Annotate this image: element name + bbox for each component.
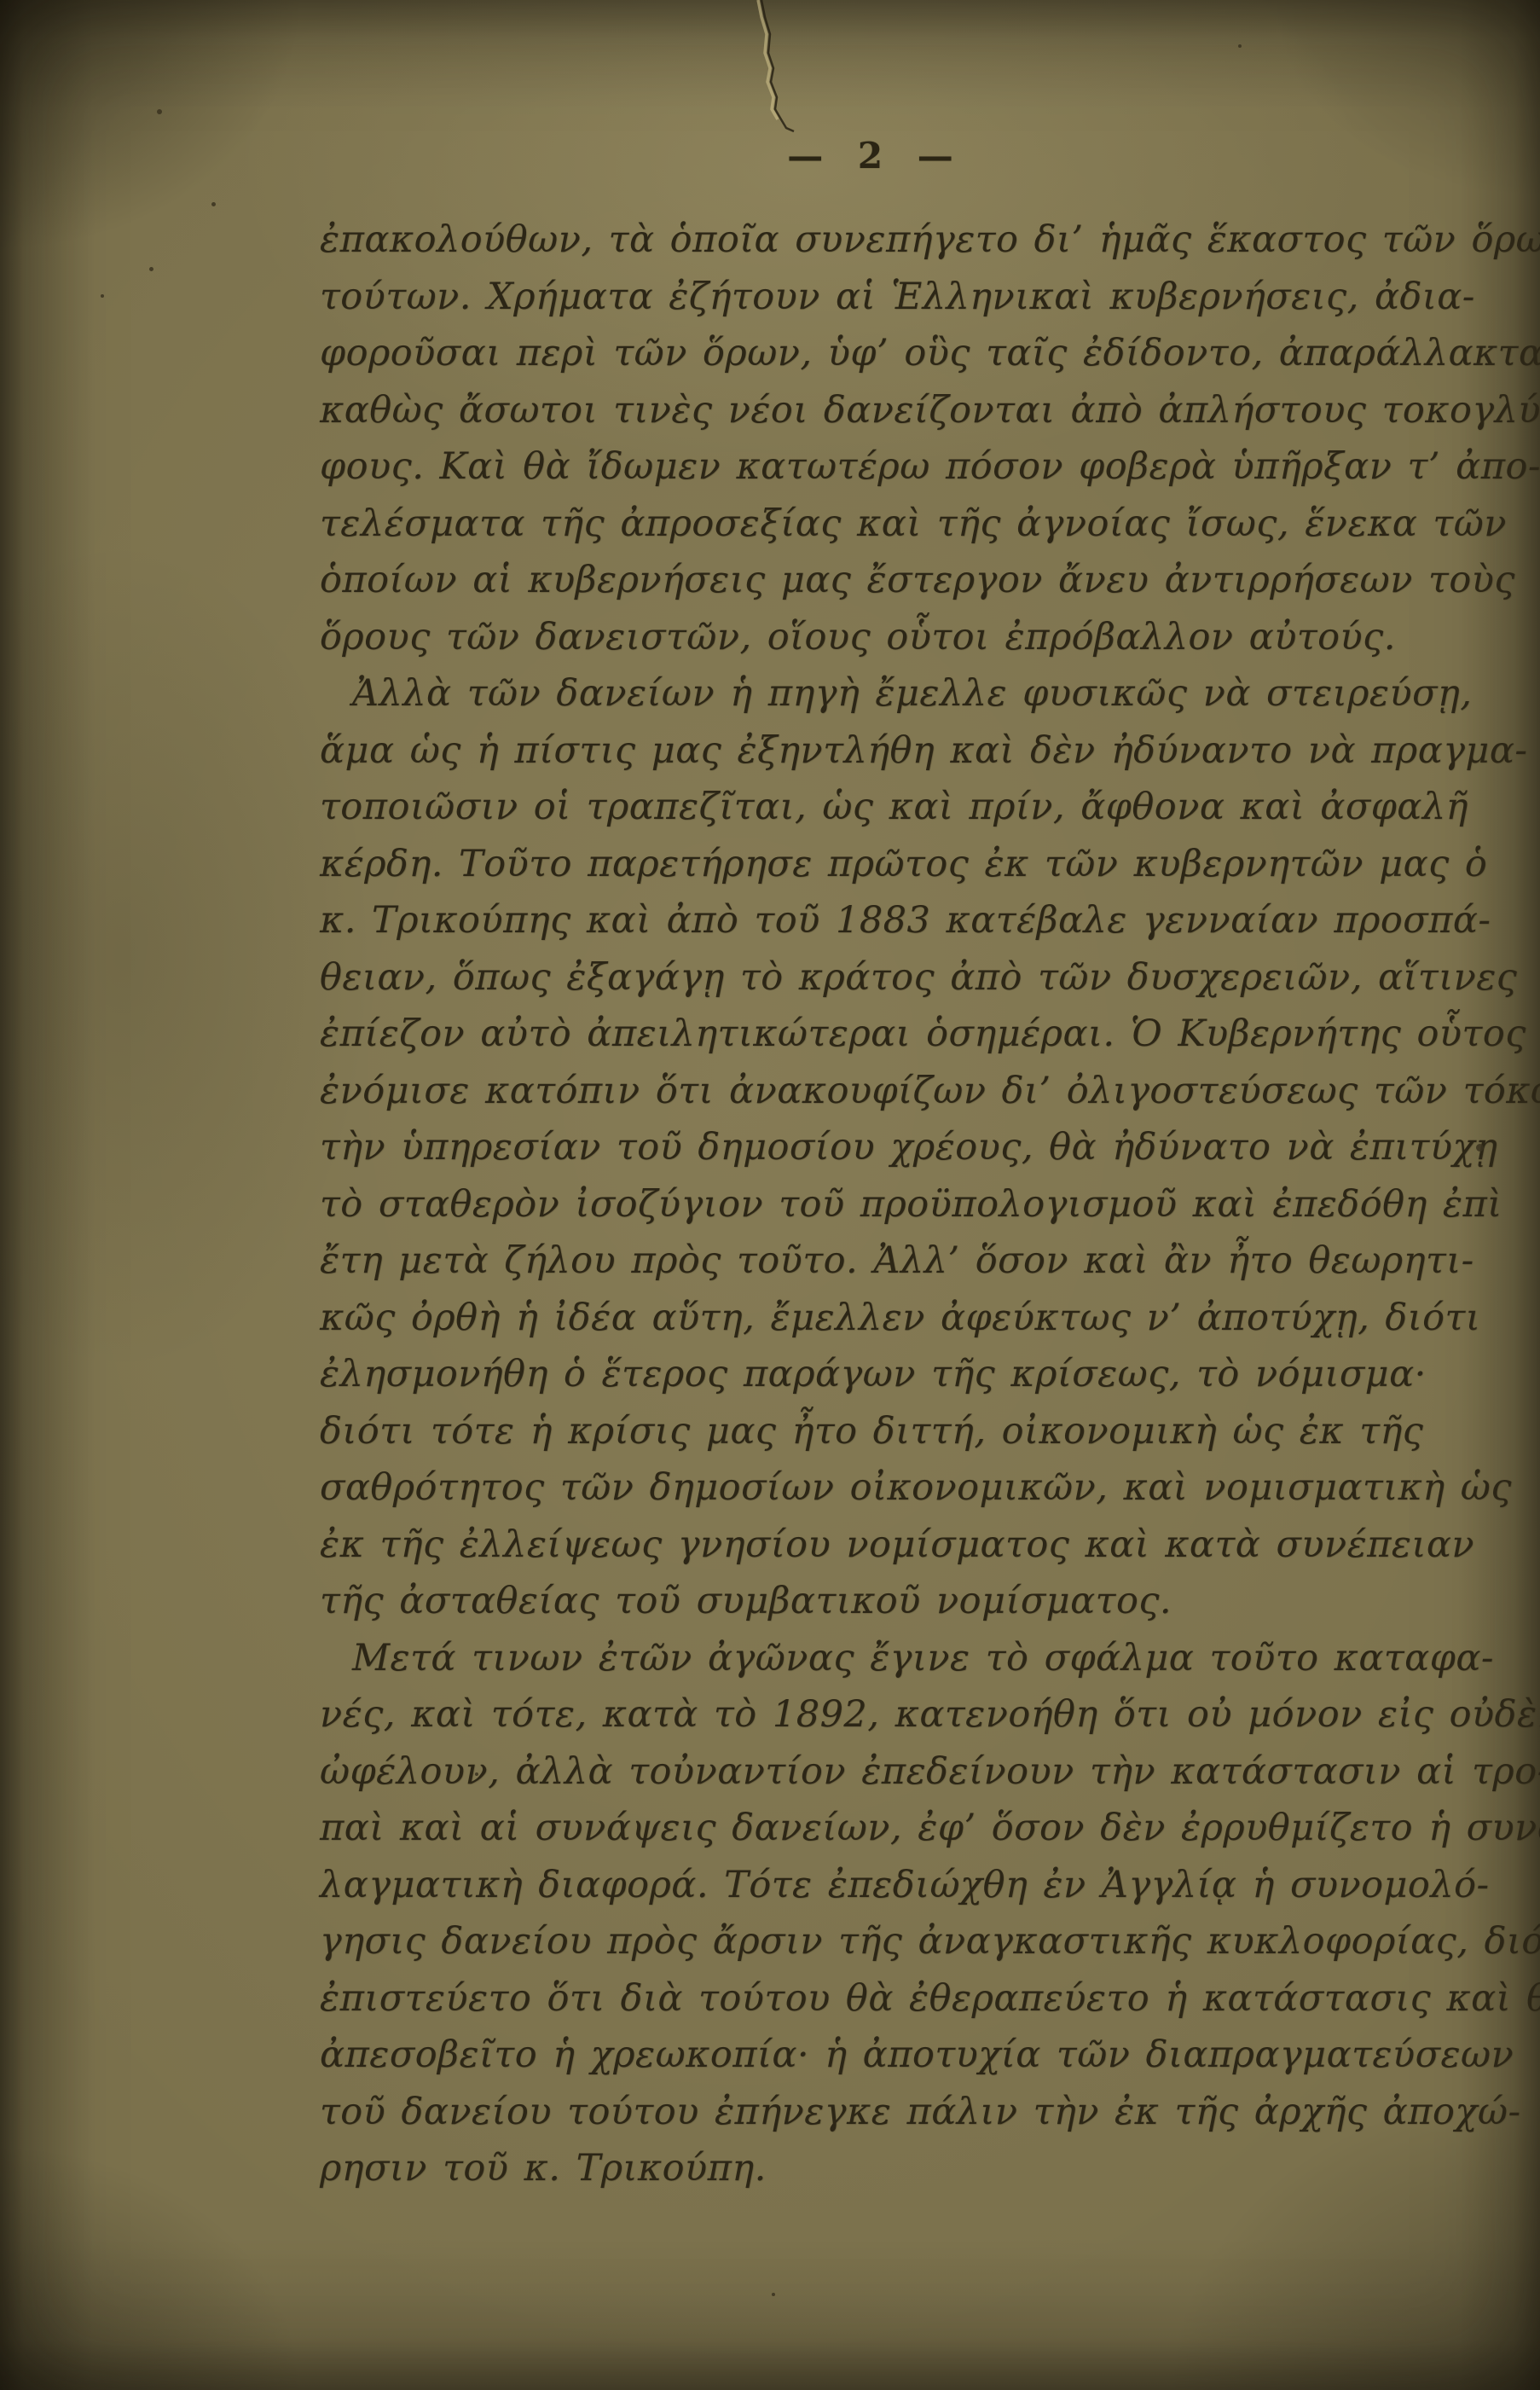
paper-speck xyxy=(772,2293,775,2296)
text-line: θειαν, ὅπως ἐξαγάγῃ τὸ κράτος ἀπὸ τῶν δυ… xyxy=(320,949,1386,1006)
text-line: παὶ καὶ αἱ συνάψεις δανείων, ἐφ’ ὅσον δὲ… xyxy=(320,1800,1386,1857)
text-line: τῆς ἀσταθείας τοῦ συμβατικοῦ νομίσματος. xyxy=(320,1573,1386,1630)
text-line: ὅρους τῶν δανειστῶν, οἵους οὗτοι ἐπρόβαλ… xyxy=(320,609,1386,666)
text-line: ἐλησμονήθη ὁ ἕτερος παράγων τῆς κρίσεως,… xyxy=(320,1346,1386,1403)
text-line: ἐπακολούθων, τὰ ὁποῖα συνεπήγετο δι’ ἡμᾶ… xyxy=(320,212,1386,269)
text-line: κ. Τρικούπης καὶ ἀπὸ τοῦ 1883 κατέβαλε γ… xyxy=(320,892,1386,949)
text-line: τὴν ὑπηρεσίαν τοῦ δημοσίου χρέους, θὰ ἠδ… xyxy=(320,1119,1386,1176)
text-line: τοῦ δανείου τούτου ἐπήνεγκε πάλιν τὴν ἐκ… xyxy=(320,2084,1386,2141)
text-line: ἀπεσοβεῖτο ἡ χρεωκοπία· ἡ ἀποτυχία τῶν δ… xyxy=(320,2027,1386,2084)
text-line: τούτων. Χρήματα ἐζήτουν αἱ Ἑλληνικαὶ κυβ… xyxy=(320,269,1386,326)
paper-speck xyxy=(157,109,162,114)
text-line: ἐπίεζον αὐτὸ ἀπειλητικώτεραι ὁσημέραι. Ὁ… xyxy=(320,1006,1386,1063)
paper-speck xyxy=(101,294,104,298)
text-line: νές, καὶ τότε, κατὰ τὸ 1892, κατενοήθη ὅ… xyxy=(320,1686,1386,1743)
text-line: καθὼς ἄσωτοι τινὲς νέοι δανείζονται ἀπὸ … xyxy=(320,382,1386,439)
text-line: ἅμα ὡς ἡ πίστις μας ἐξηντλήθη καὶ δὲν ἠδ… xyxy=(320,722,1386,780)
text-line: φοροῦσαι περὶ τῶν ὅρων, ὑφ’ οὓς ταῖς ἐδί… xyxy=(320,325,1386,382)
text-line: Μετά τινων ἐτῶν ἀγῶνας ἔγινε τὸ σφάλμα τ… xyxy=(320,1630,1386,1687)
text-line: ἐπιστεύετο ὅτι διὰ τούτου θὰ ἐθεραπεύετο… xyxy=(320,1970,1386,2027)
text-line: κῶς ὀρθὴ ἡ ἰδέα αὕτη, ἔμελλεν ἀφεύκτως ν… xyxy=(320,1290,1386,1347)
text-line: ἐκ τῆς ἐλλείψεως γνησίου νομίσματος καὶ … xyxy=(320,1517,1386,1574)
paper-speck xyxy=(211,202,216,206)
crack-highlight-line xyxy=(758,0,778,119)
text-line: ἔτη μετὰ ζήλου πρὸς τοῦτο. Ἀλλ’ ὅσον καὶ… xyxy=(320,1233,1386,1290)
text-line: φους. Καὶ θὰ ἴδωμεν κατωτέρω πόσον φοβερ… xyxy=(320,438,1386,496)
page-number-header: — 2 — xyxy=(339,135,1404,177)
text-line: ρησιν τοῦ κ. Τρικούπη. xyxy=(320,2140,1386,2197)
text-line: κέρδη. Τοῦτο παρετήρησε πρῶτος ἐκ τῶν κυ… xyxy=(320,836,1386,893)
text-line: σαθρότητος τῶν δημοσίων οἰκονομικῶν, καὶ… xyxy=(320,1459,1386,1517)
text-line: λαγματικὴ διαφορά. Τότε ἐπεδιώχθη ἐν Ἀγγ… xyxy=(320,1857,1386,1914)
text-line: τὸ σταθερὸν ἰσοζύγιον τοῦ προϋπολογισμοῦ… xyxy=(320,1176,1386,1233)
text-line: γησις δανείου πρὸς ἄρσιν τῆς ἀναγκαστικῆ… xyxy=(320,1913,1386,1970)
text-block: ἐπακολούθων, τὰ ὁποῖα συνεπήγετο δι’ ἡμᾶ… xyxy=(320,212,1386,2197)
text-line: ἐνόμισε κατόπιν ὅτι ἀνακουφίζων δι’ ὀλιγ… xyxy=(320,1063,1386,1120)
text-line: διότι τότε ἡ κρίσις μας ἦτο διττή, οἰκον… xyxy=(320,1403,1386,1460)
paper-speck xyxy=(475,1772,478,1776)
text-line: ὠφέλουν, ἀλλὰ τοὐναντίον ἐπεδείνουν τὴν … xyxy=(320,1743,1386,1801)
paper-speck xyxy=(1476,1144,1484,1151)
text-line: Ἀλλὰ τῶν δανείων ἡ πηγὴ ἔμελλε φυσικῶς ν… xyxy=(320,665,1386,722)
scanned-page: — 2 — ἐπακολούθων, τὰ ὁποῖα συνεπήγετο δ… xyxy=(0,0,1540,2390)
text-line: τελέσματα τῆς ἀπροσεξίας καὶ τῆς ἀγνοίας… xyxy=(320,496,1386,553)
crack-dark-line xyxy=(761,0,794,131)
text-line: τοποιῶσιν οἱ τραπεζῖται, ὡς καὶ πρίν, ἄφ… xyxy=(320,779,1386,836)
text-line: ὁποίων αἱ κυβερνήσεις μας ἔστεργον ἄνευ … xyxy=(320,552,1386,609)
paper-speck xyxy=(149,267,153,271)
paper-speck xyxy=(1238,44,1242,48)
